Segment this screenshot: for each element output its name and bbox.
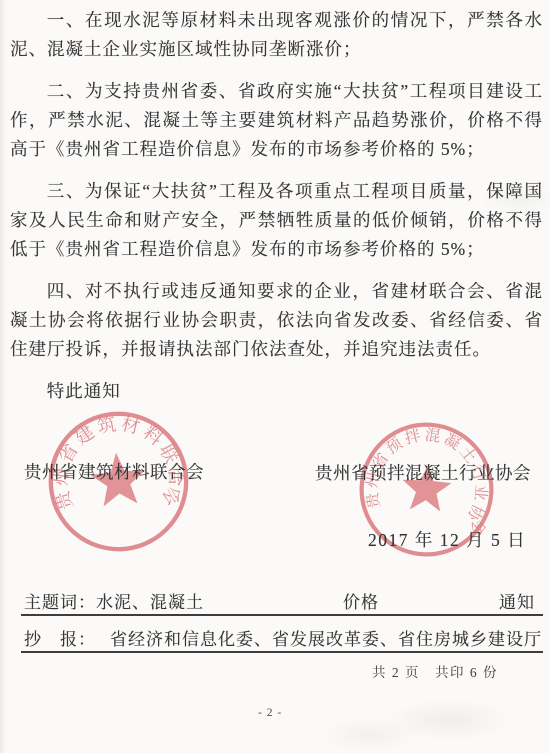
- paragraph-3: 三、为保证“大扶贫”工程及各项重点工程项目质量，保障国家及人民生命和财产安全，严…: [10, 177, 543, 264]
- copies-info: 共 2 页 共印 6 份: [372, 661, 498, 681]
- subject-keywords: 主题词：水泥、混凝土: [24, 588, 204, 613]
- scanned-notice-page: 一、在现水泥等原材料未出现客观涨价的情况下，严禁各水泥、混凝土企业实施区域性协同…: [0, 0, 550, 753]
- page-number: - 2 -: [258, 707, 282, 719]
- cc-row: 抄 报： 省经济和信息化委、省发展改革委、省住房城乡建设厅: [21, 629, 543, 653]
- signature-date: 2017 年 12 月 5 日: [368, 527, 526, 552]
- paragraph-2: 二、为支持贵州省委、省政府实施“大扶贫”工程项目建设工作，严禁水泥、混凝土等主要…: [10, 77, 543, 164]
- cc-recipients: 省经济和信息化委、省发展改革委、省住房城乡建设厅: [110, 625, 542, 650]
- cc-label: 抄 报：: [24, 625, 96, 650]
- subject-keywords-row: 主题词：水泥、混凝土 价格 通知: [21, 592, 543, 616]
- signature-org-right: 贵州省预拌混凝土行业协会: [315, 460, 531, 485]
- subject-price-label: 价格: [343, 588, 379, 613]
- signature-org-left: 贵州省建筑材料联合会: [24, 459, 204, 484]
- closing-phrase: 特此通知: [10, 377, 543, 406]
- notice-body: 一、在现水泥等原材料未出现客观涨价的情况下，严禁各水泥、混凝土企业实施区域性协同…: [10, 6, 543, 406]
- paragraph-4: 四、对不执行或违反通知要求的企业，省建材联合会、省混凝土协会将依据行业协会职责，…: [10, 277, 543, 364]
- paragraph-1: 一、在现水泥等原材料未出现客观涨价的情况下，严禁各水泥、混凝土企业实施区域性协同…: [10, 6, 543, 64]
- subject-notice-label: 通知: [499, 588, 535, 613]
